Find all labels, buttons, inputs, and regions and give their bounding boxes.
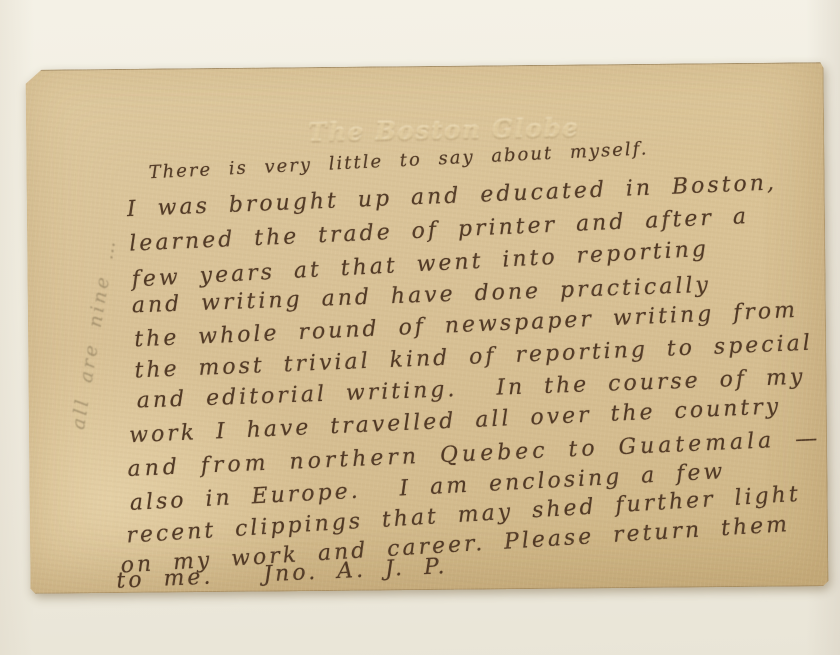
letter-card: The Boston Globe all are nine … There is… <box>26 62 829 594</box>
handwriting-line: There is very little to say about myself… <box>148 138 649 183</box>
letter-card-wrapper: The Boston Globe all are nine … There is… <box>0 0 840 655</box>
letter-body: There is very little to say about myself… <box>26 62 829 594</box>
